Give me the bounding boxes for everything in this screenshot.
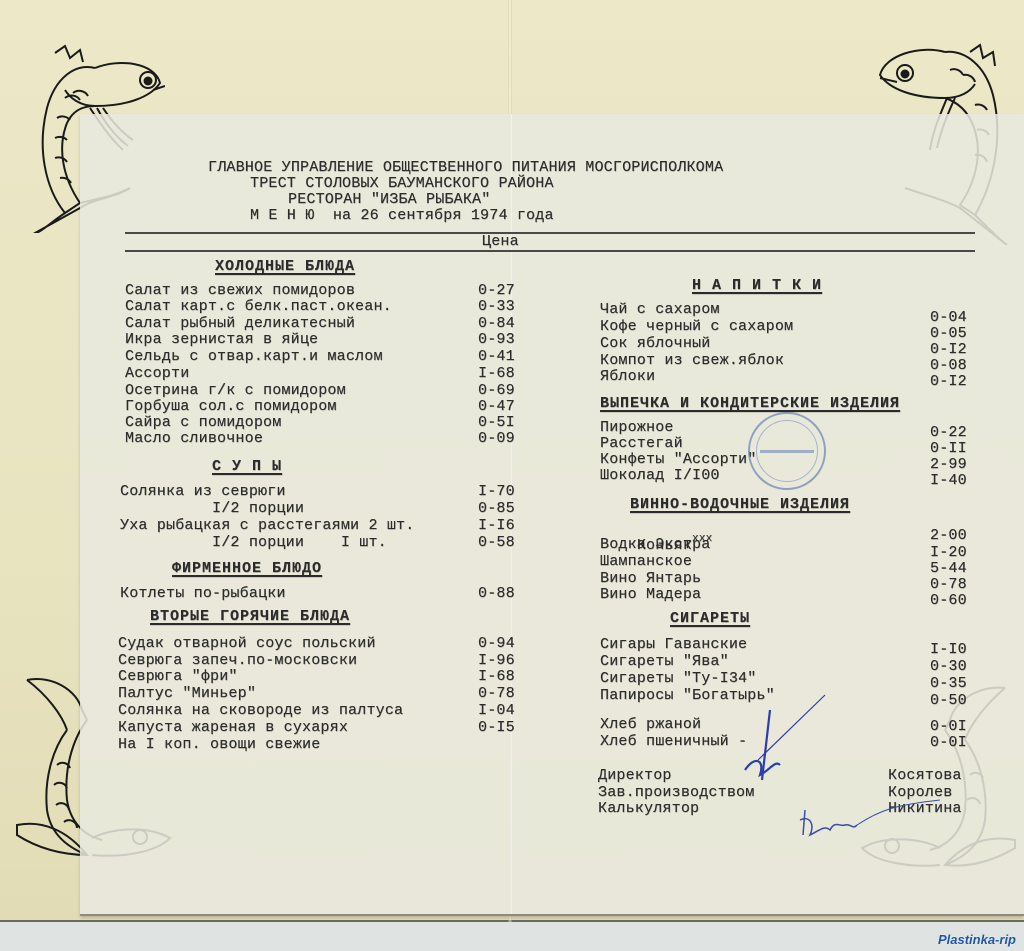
section-title-drinks: Н А П И Т К И xyxy=(692,278,822,295)
menu-item: Шампанское xyxy=(600,554,692,571)
menu-item: Шоколад I/I00 xyxy=(600,468,720,485)
menu-item: Капуста жареная в сухарях xyxy=(118,720,348,737)
menu-item: Водка Экстра xyxy=(600,537,710,554)
header-rule-bottom xyxy=(125,250,975,252)
header-rule-top xyxy=(125,232,975,234)
menu-item-price: 0-41 xyxy=(478,349,515,366)
menu-item-bread: Хлеб пшеничный - xyxy=(600,734,747,751)
menu-item: Солянка на сковороде из палтуса xyxy=(118,703,403,720)
menu-item: Севрюга "фри" xyxy=(118,669,238,686)
menu-item-price: 0-09 xyxy=(478,431,515,448)
signatory-role-calculator: Калькулятор xyxy=(598,801,699,818)
signatory-name-director: Косятова xyxy=(888,768,962,785)
menu-item-price: I-I0 xyxy=(930,642,967,659)
menu-item: Ассорти xyxy=(125,366,189,383)
menu-item: Палтус "Миньер" xyxy=(118,686,256,703)
price-column-header: Цена xyxy=(482,234,519,251)
watermark-text: Plastinka-rip xyxy=(938,932,1016,947)
menu-item-price: I-68 xyxy=(478,669,515,686)
menu-item-price: 0-60 xyxy=(930,593,967,610)
menu-item-price: 0-30 xyxy=(930,659,967,676)
official-stamp-icon xyxy=(748,412,826,490)
signatory-role-director: Директор xyxy=(598,768,672,785)
menu-item-price: 2-00 xyxy=(930,528,967,545)
menu-item-price: 0-33 xyxy=(478,299,515,316)
menu-item-price: 0-0I xyxy=(930,735,967,752)
section-title-soups: С У П Ы xyxy=(212,459,282,476)
section-title-cold-dishes: ХОЛОДНЫЕ БЛЮДА xyxy=(215,259,355,276)
menu-item: Яблоки xyxy=(600,369,655,386)
menu-item: Котлеты по-рыбацки xyxy=(120,586,286,603)
menu-item: Чай с сахаром xyxy=(600,302,720,319)
menu-item: Масло сливочное xyxy=(125,431,263,448)
menu-item: I/2 порции I шт. xyxy=(120,535,387,552)
menu-item: Сигареты "Ту-I34" xyxy=(600,671,756,688)
menu-item-bread: Хлеб ржаной xyxy=(600,717,701,734)
menu-item: Сельдь с отвар.карт.и маслом xyxy=(125,349,383,366)
menu-item-price: 0-I5 xyxy=(478,720,515,737)
section-title-pastry: ВЫПЕЧКА И КОНДИТЕРСКИЕ ИЗДЕЛИЯ xyxy=(600,396,900,413)
menu-item-price: I-04 xyxy=(478,703,515,720)
menu-item-price: 0-50 xyxy=(930,693,967,710)
section-title-hot-mains: ВТОРЫЕ ГОРЯЧИЕ БЛЮДА xyxy=(150,609,350,626)
menu-item-price: 0-35 xyxy=(930,676,967,693)
menu-item-price: I-40 xyxy=(930,473,967,490)
menu-item-price: 0-I2 xyxy=(930,374,967,391)
menu-item-price: 0-88 xyxy=(478,586,515,603)
menu-item: Сигареты "Ява" xyxy=(600,654,729,671)
menu-item-price: 0-78 xyxy=(478,686,515,703)
menu-item-price: 0-85 xyxy=(478,501,515,518)
menu-item: Судак отварной соус польский xyxy=(118,636,376,653)
menu-item: Салат карт.с белк.паст.океан. xyxy=(125,299,392,316)
menu-item-price: 0-93 xyxy=(478,332,515,349)
stamp-center-bar xyxy=(760,450,814,453)
menu-item-price: I-70 xyxy=(478,484,515,501)
menu-item: На I коп. овощи свежие xyxy=(118,737,320,754)
menu-item: Кофе черный с сахаром xyxy=(600,319,793,336)
menu-item-price: I-I6 xyxy=(478,518,515,535)
director-signature-icon xyxy=(740,690,830,790)
menu-item-price: 0-58 xyxy=(478,535,515,552)
menu-item-price: 0-94 xyxy=(478,636,515,653)
menu-item: Уха рыбацкая с расстегаями 2 шт. xyxy=(120,518,414,535)
menu-item: Солянка из севрюги xyxy=(120,484,286,501)
menu-item: Сок яблочный xyxy=(600,336,710,353)
section-title-wine-vodka: ВИННО-ВОДОЧНЫЕ ИЗДЕЛИЯ xyxy=(630,497,850,514)
section-title-cigarettes: СИГАРЕТЫ xyxy=(670,611,750,628)
menu-item: Вино Мадера xyxy=(600,587,701,604)
menu-item-price: I-68 xyxy=(478,366,515,383)
menu-date-title: М Е Н Ю на 26 сентября 1974 года xyxy=(250,208,554,225)
menu-item: Сигары Гаванские xyxy=(600,637,747,654)
menu-item: Икра зернистая в яйце xyxy=(125,332,318,349)
calculator-signature-icon xyxy=(795,795,945,845)
section-title-signature-dish: ФИРМЕННОЕ БЛЮДО xyxy=(172,561,322,578)
menu-item: I/2 порции xyxy=(120,501,304,518)
